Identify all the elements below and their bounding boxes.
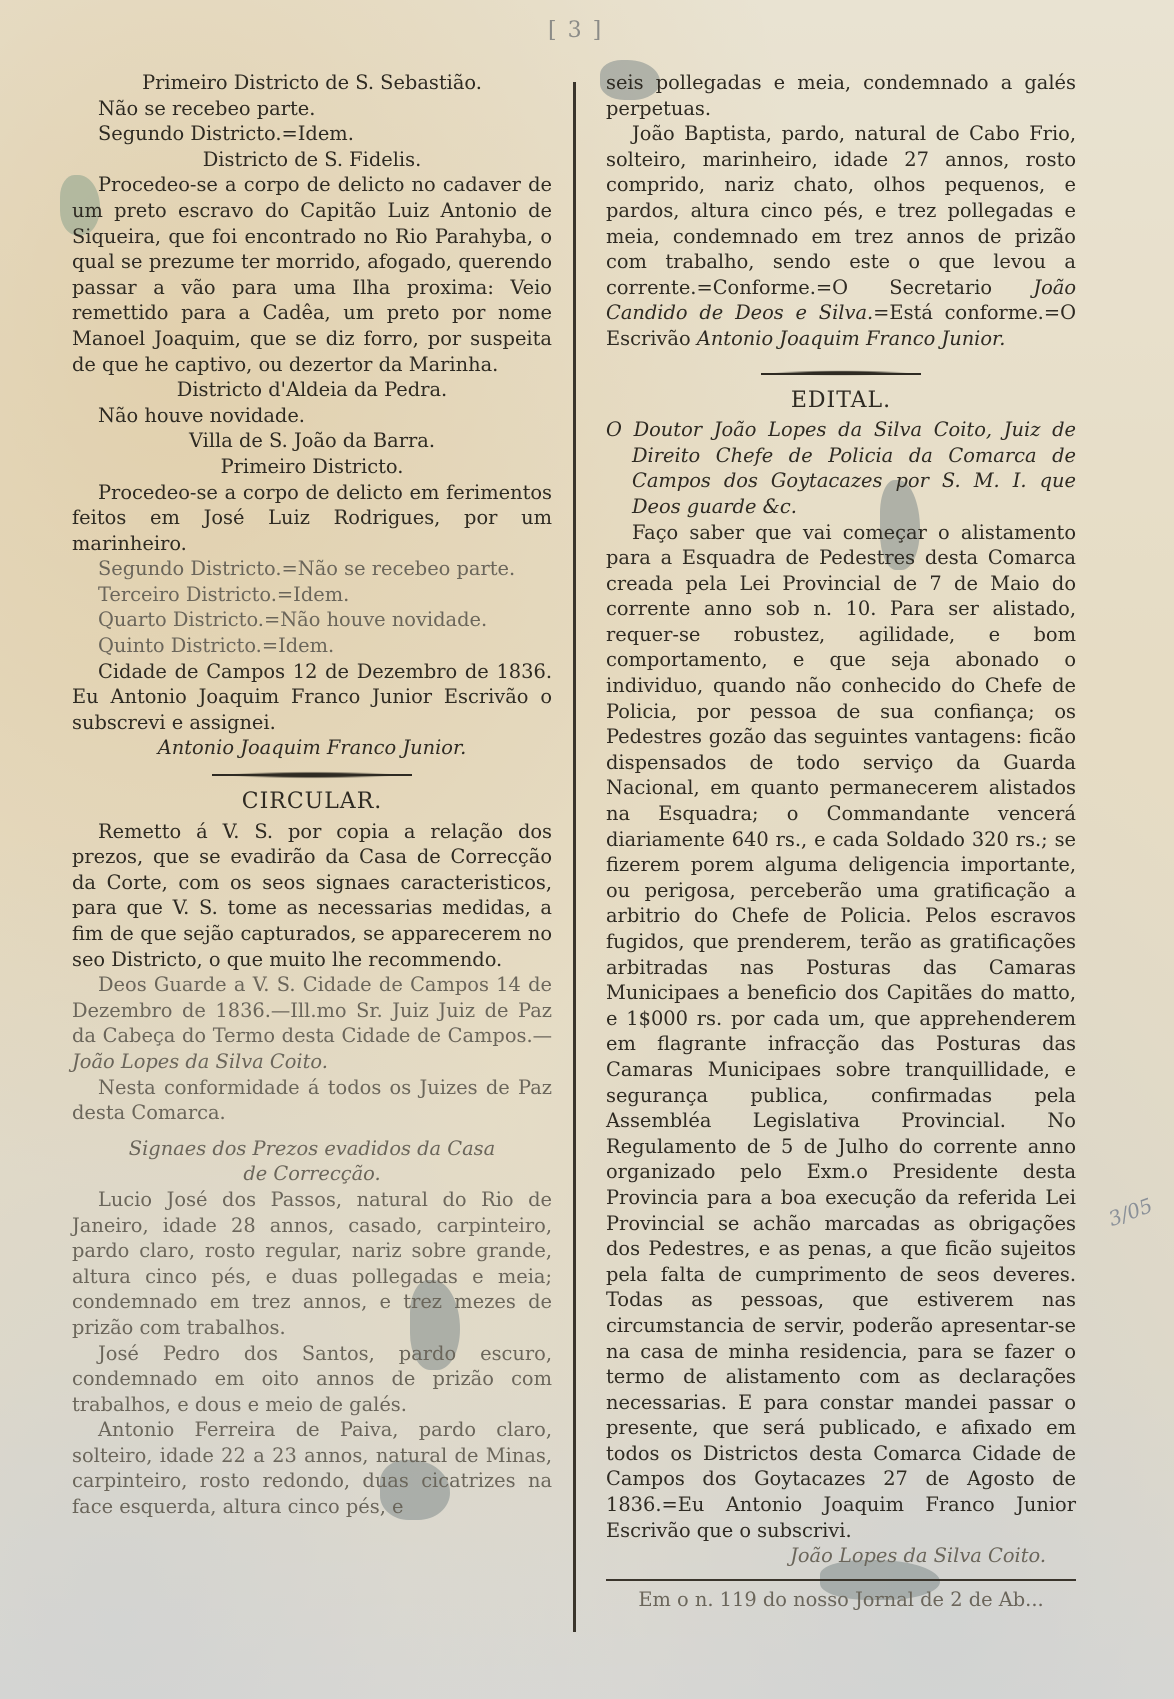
district-heading: Districto de S. Fidelis. bbox=[72, 147, 552, 173]
ornamental-divider bbox=[761, 370, 921, 376]
escrivao-name: Antonio Joaquim Franco Junior. bbox=[697, 327, 1006, 350]
prisoners-subheading: de Correcção. bbox=[72, 1161, 552, 1187]
ornamental-divider bbox=[212, 771, 412, 779]
district-text: Segundo Districto.=Não se recebeo parte. bbox=[72, 556, 552, 582]
prisoner-description: Antonio Ferreira de Paiva, pardo claro, … bbox=[72, 1417, 552, 1519]
district-text: Não se recebeo parte. bbox=[72, 96, 552, 122]
circular-paragraph: Deos Guarde a V. S. Cidade de Campos 14 … bbox=[72, 972, 552, 1074]
column-rule bbox=[573, 82, 576, 1632]
district-heading: Districto d'Aldeia da Pedra. bbox=[72, 377, 552, 403]
footer-rule bbox=[606, 1579, 1076, 1581]
page-number: [ 3 ] bbox=[548, 18, 603, 43]
right-column: seis pollegadas e meia, condemnado a gal… bbox=[606, 70, 1076, 1612]
handwritten-margin-note: 3/05 bbox=[1105, 1193, 1155, 1231]
district-heading: Villa de S. João da Barra. bbox=[72, 428, 552, 454]
edital-body: Faço saber que vai começar o alistamento… bbox=[606, 520, 1076, 1544]
district-text: Terceiro Districto.=Idem. bbox=[72, 582, 552, 608]
circular-paragraph: Nesta conformidade á todos os Juizes de … bbox=[72, 1075, 552, 1126]
district-heading: Primeiro Districto. bbox=[72, 454, 552, 480]
district-text: Procedeo-se a corpo de delicto em ferime… bbox=[72, 480, 552, 557]
circular-heading: CIRCULAR. bbox=[72, 789, 552, 815]
district-text: Quarto Districto.=Não houve novidade. bbox=[72, 607, 552, 633]
prisoner-continuation: seis pollegadas e meia, condemnado a gal… bbox=[606, 70, 1076, 121]
prisoner-description: Lucio José dos Passos, natural do Rio de… bbox=[72, 1187, 552, 1341]
prisoner-description: João Baptista, pardo, natural de Cabo Fr… bbox=[606, 121, 1076, 351]
edital-signature: João Lopes da Silva Coito. bbox=[606, 1543, 1076, 1569]
district-heading: Primeiro Districto de S. Sebastião. bbox=[72, 70, 552, 96]
district-text: Quinto Districto.=Idem. bbox=[72, 633, 552, 659]
prisoner-description: José Pedro dos Santos, pardo escuro, con… bbox=[72, 1341, 552, 1418]
prisoners-subheading: Signaes dos Prezos evadidos da Casa bbox=[72, 1136, 552, 1162]
prisoner-4-text: João Baptista, pardo, natural de Cabo Fr… bbox=[606, 122, 1076, 299]
closing-text: Cidade de Campos 12 de Dezembro de 1836.… bbox=[72, 659, 552, 736]
edital-heading: EDITAL. bbox=[606, 388, 1076, 414]
district-text: Segundo Districto.=Idem. bbox=[72, 121, 552, 147]
newspaper-page: [ 3 ] Primeiro Districto de S. Sebastião… bbox=[0, 0, 1174, 1699]
edital-preamble: O Doutor João Lopes da Silva Coito, Juiz… bbox=[606, 417, 1076, 519]
district-text: Não houve novidade. bbox=[72, 403, 552, 429]
circular-signature: João Lopes da Silva Coito. bbox=[72, 1050, 328, 1073]
signature: Antonio Joaquim Franco Junior. bbox=[72, 735, 552, 761]
circular-paragraph: Remetto á V. S. por copia a relação dos … bbox=[72, 819, 552, 973]
district-text: Procedeo-se a corpo de delicto no cadave… bbox=[72, 172, 552, 377]
footer-note: Em o n. 119 do nosso Jornal de 2 de Ab..… bbox=[606, 1587, 1076, 1613]
circular-greeting: Deos Guarde a V. S. Cidade de Campos 14 … bbox=[72, 973, 552, 1047]
left-column: Primeiro Districto de S. Sebastião. Não … bbox=[72, 70, 552, 1520]
